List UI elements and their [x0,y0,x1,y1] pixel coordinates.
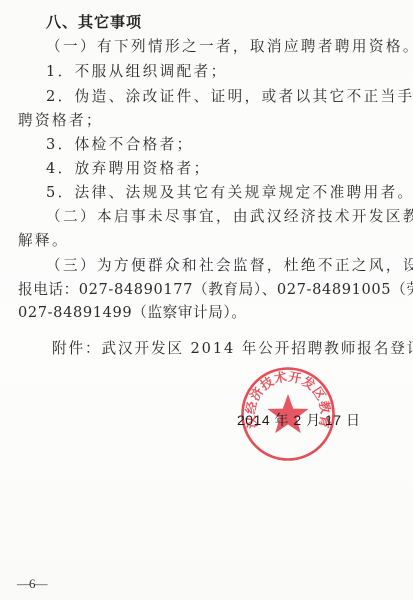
list-item-2-line-1: 2．伪造、涂改证件、证明，或者以其它不正当手段获取应 [46,88,413,106]
list-item-1: 1．不服从组织调配者； [46,63,228,81]
paragraph-2-line-1: （二）本启事未尽事宜，由武汉经济技术开发区教育局负责 [46,208,413,226]
paragraph-3-line-2: 报电话：027-84890177（教育局）、027-84891005（劳动人事局… [18,281,413,299]
paragraph-3-line-1: （三）为方便群众和社会监督，杜绝不正之风，设立监督举 [46,257,413,275]
paragraph-2-line-2: 解释。 [18,232,69,250]
document-date: 2014 年 2 月 17 日 [237,410,360,430]
list-item-5: 5．法律、法规及其它有关规章规定不准聘用者。 [46,184,413,202]
page-number: —6— [17,576,47,592]
section-heading: 八、其它事项 [46,13,142,31]
list-item-4: 4．放弃聘用资格者； [46,160,211,178]
list-item-2-line-2: 聘资格者； [18,112,103,130]
paragraph-3-line-3: 027-84891499（监察审计局）。 [18,304,247,322]
attachment-line: 附件：武汉开发区 2014 年公开招聘教师报名登记表 [52,340,413,358]
paragraph-1: （一）有下列情形之一者，取消应聘者聘用资格。 [46,38,413,56]
list-item-3: 3．体检不合格者； [46,136,194,154]
document-page: 八、其它事项 （一）有下列情形之一者，取消应聘者聘用资格。 1．不服从组织调配者… [0,0,413,600]
